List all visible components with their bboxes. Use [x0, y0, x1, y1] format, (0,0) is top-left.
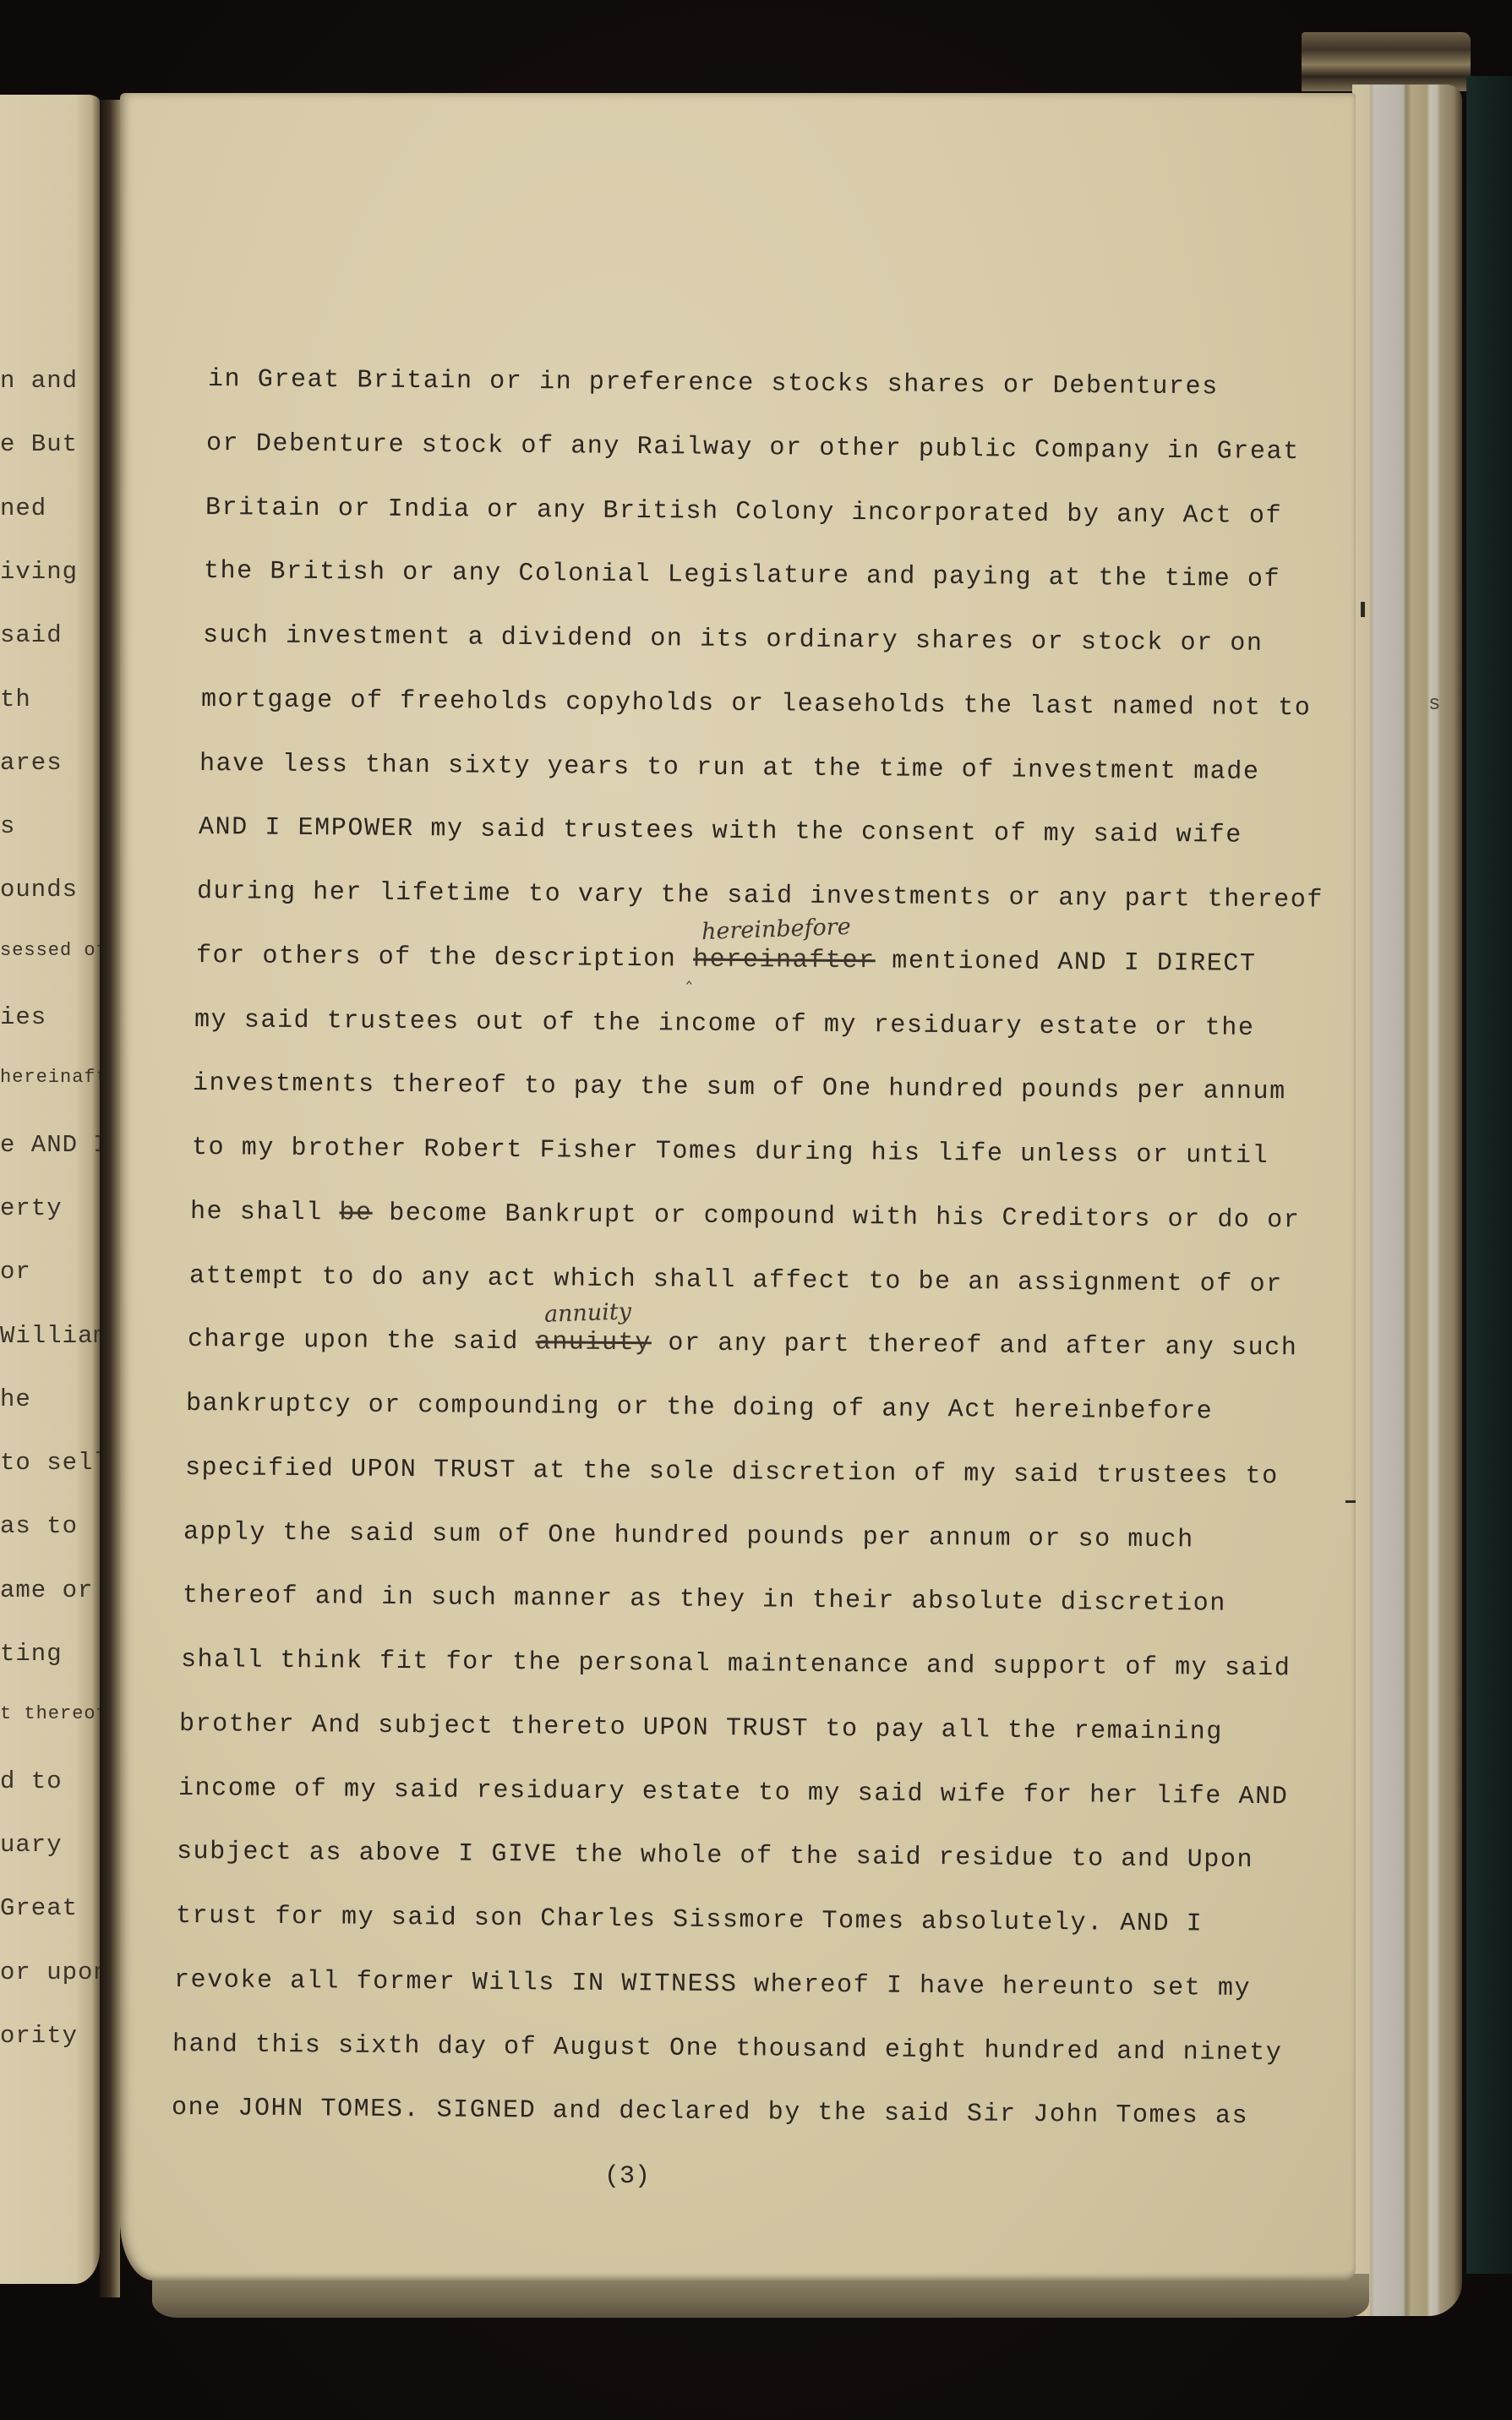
left-page-fragment: to sell — [0, 1449, 100, 1477]
margin-mark — [1346, 1500, 1356, 1503]
left-facing-page: n ande Butnedivingsaidtharessoundssessed… — [0, 95, 100, 2284]
struck-word: hereinafter — [693, 945, 876, 975]
struck-word: anuiuty — [536, 1328, 652, 1357]
left-page-fragment: as to — [0, 1512, 78, 1540]
handwritten-insertion: hereinbefore — [701, 914, 851, 945]
line-text: he shall — [190, 1198, 340, 1227]
line-text: for others of the description — [195, 942, 692, 975]
struck-word: be — [339, 1199, 372, 1227]
left-page-fragment: hereinafte — [0, 1067, 100, 1088]
line-text: or any part thereof and after any such — [652, 1330, 1298, 1363]
book-gutter — [100, 100, 120, 2297]
left-page-fragment: ame or — [0, 1576, 93, 1604]
left-page-fragment: s — [0, 812, 15, 840]
left-page-fragment: n and — [0, 367, 78, 395]
page-stack-top-edge — [1302, 32, 1471, 91]
left-page-fragment: sessed of — [0, 940, 100, 961]
left-page-fragment: ned — [0, 494, 46, 522]
page-stack-right: s — [1352, 85, 1462, 2316]
main-page — [120, 93, 1356, 2281]
left-page-fragment: erty — [0, 1194, 63, 1222]
line-text: mentioned AND I DIRECT — [875, 947, 1256, 979]
left-page-fragment: ies — [0, 1003, 46, 1031]
left-page-fragment: e AND I — [0, 1131, 100, 1159]
left-page-fragment: th — [0, 686, 31, 713]
left-page-fragment: William — [0, 1322, 100, 1350]
left-page-fragment: or — [0, 1258, 31, 1286]
left-page-fragment: Great — [0, 1894, 78, 1922]
left-page-fragment: ounds — [0, 876, 78, 904]
left-page-fragment: said — [0, 621, 63, 649]
left-page-fragment: t thereof — [0, 1703, 100, 1724]
left-page-fragment: or upon — [0, 1958, 100, 1986]
left-page-fragment: iving — [0, 558, 78, 586]
book-cover-edge — [1466, 76, 1512, 2274]
stack-letter: s — [1428, 693, 1440, 716]
left-page-fragment: ares — [0, 749, 63, 777]
left-page-fragment: e But — [0, 430, 78, 458]
left-page-fragment: ority — [0, 2022, 78, 2050]
left-page-fragment: ting — [0, 1640, 63, 1668]
margin-mark — [1361, 602, 1365, 617]
left-page-fragment: uary — [0, 1831, 63, 1859]
page-number: (3) — [604, 2162, 650, 2191]
left-page-fragment: he — [0, 1385, 31, 1413]
handwritten-insertion: annuity — [543, 1298, 631, 1328]
line-text: charge upon the said — [188, 1325, 536, 1357]
left-page-fragment: d to — [0, 1767, 63, 1795]
